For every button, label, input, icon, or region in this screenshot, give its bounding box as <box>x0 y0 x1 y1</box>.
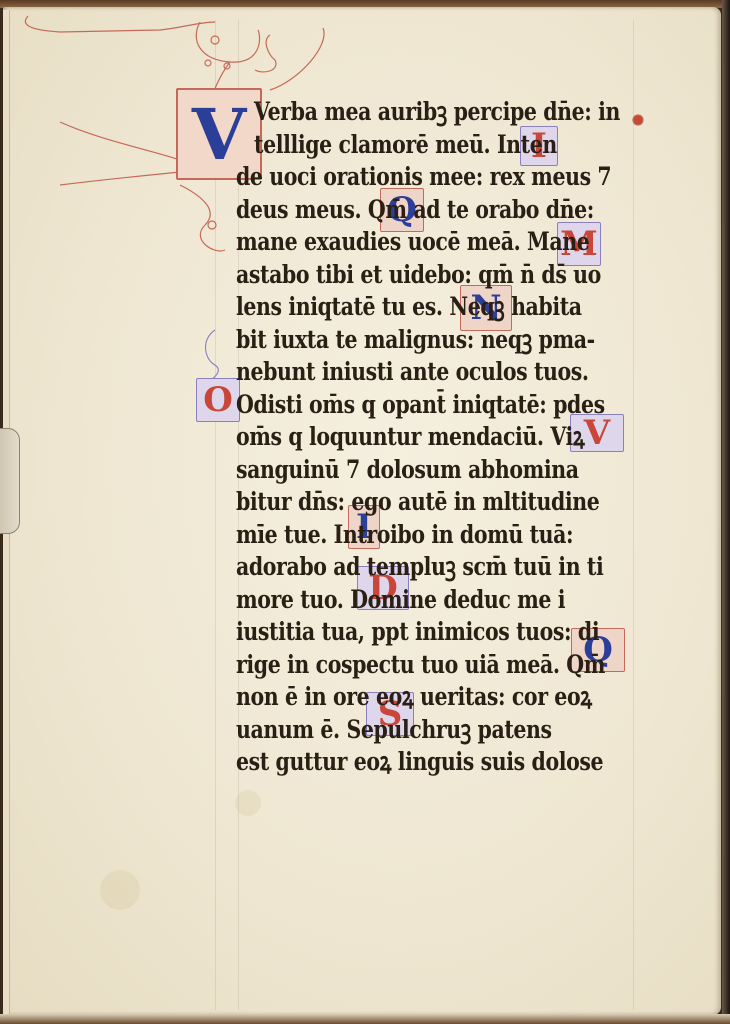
initial-o: O <box>196 378 240 422</box>
page-tab-clasp <box>0 428 20 534</box>
text-line: Verba mea auribꝫ percipe dn̄e: in <box>236 96 580 129</box>
book-binding-bottom <box>0 1014 730 1024</box>
psalm-text-block: Verba mea auribꝫ percipe dn̄e: in tellli… <box>236 96 656 779</box>
text-line: Odisti om̄s q opant̄ iniqtatē: pdes <box>236 389 580 422</box>
text-line: adorabo ad templuꝫ scm̄ tuū in ti <box>236 551 580 584</box>
text-line: rige in cospectu tuo uiā meā. Qm̄ <box>236 649 580 682</box>
text-line: bitur dn̄s: ego autē in mltitudine <box>236 486 580 519</box>
parchment-stain <box>235 790 261 816</box>
text-line: de uoci orationis mee: rex meus 7 <box>236 161 580 194</box>
text-line: mīe tue. Introibo in domū tuā: <box>236 519 580 552</box>
text-line: iustitia tua, ppt inimicos tuos: di <box>236 616 580 649</box>
text-line: om̄s q loquuntur mendaciū. Viꝝ <box>236 421 580 454</box>
text-line: est guttur eoꝝ linguis suis dolose <box>236 746 580 779</box>
text-line: bit iuxta te malignus: neqꝫ pma- <box>236 324 580 357</box>
text-line: more tuo. Domine deduc me i <box>236 584 580 617</box>
initial-letter: O <box>203 380 233 420</box>
parchment-stain <box>100 870 140 910</box>
text-line: nebunt iniusti ante oculos tuos. <box>236 356 580 389</box>
text-line: non ē in ore eoꝝ ueritas: cor eoꝝ <box>236 681 580 714</box>
text-line: uanum ē. Sepulchruꝫ patens <box>236 714 580 747</box>
text-line: astabo tibi et uidebo: qm̄ n̄ ds̄ uo <box>236 259 580 292</box>
text-line: deus meus. Qm̄ ad te orabo dn̄e: <box>236 194 580 227</box>
text-line: mane exaudies uocē meā. Mane <box>236 226 580 259</box>
text-line: telllige clamorē meū. Inten <box>236 129 580 162</box>
text-line: lens iniqtatē tu es. Neqꝫ habita <box>236 291 580 324</box>
text-line: sanguinū 7 dolosum abhomina <box>236 454 580 487</box>
